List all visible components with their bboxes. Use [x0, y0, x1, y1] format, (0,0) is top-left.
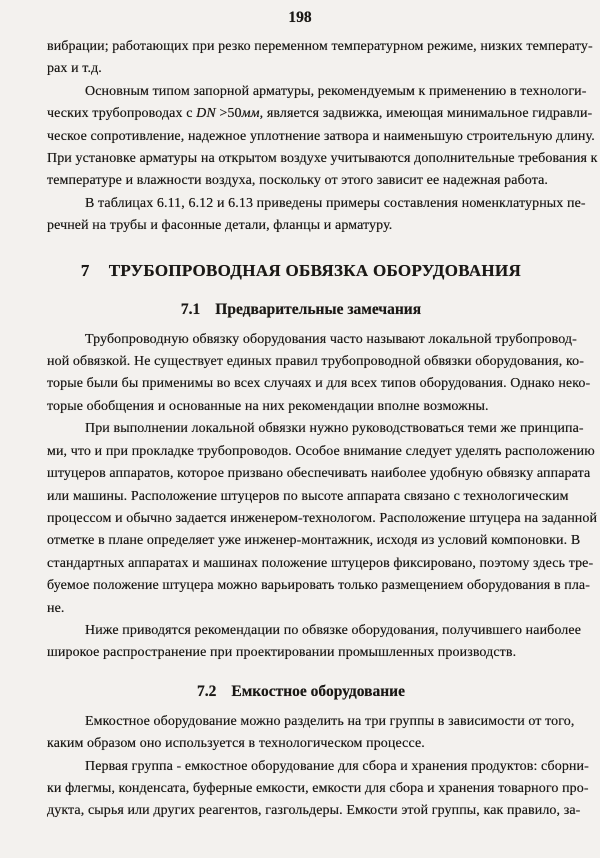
heading-title: Емкостное оборудование: [231, 683, 405, 700]
text-segment: рах и т.д.: [47, 61, 102, 76]
text-segment: ной обвязкой. Не существует единых прави…: [47, 354, 584, 369]
text-segment: вибрации; работающих при резко переменно…: [47, 39, 593, 54]
text-line: вибрации; работающих при резко переменно…: [47, 36, 555, 58]
text-segment: речней на трубы и фасонные детали, фланц…: [47, 218, 392, 233]
document-page: 198 вибрации; работающих при резко перем…: [0, 0, 600, 858]
text-line: При выполнении локальной обвязки нужно р…: [47, 418, 555, 440]
text-segment: стандартных аппаратах и машинах положени…: [47, 556, 593, 571]
text-segment: буемое положение штуцера можно варьирова…: [47, 578, 590, 593]
text-segment: торые обобщения и основанные на них реко…: [47, 399, 489, 414]
text-line: речней на трубы и фасонные детали, фланц…: [47, 215, 555, 237]
text-segment: не.: [47, 601, 65, 616]
text-segment: , является задвижка, имеющая минимальное…: [260, 106, 593, 121]
paragraph: При выполнении локальной обвязки нужно р…: [47, 418, 555, 620]
text-line: или машины. Расположение штуцеров по выс…: [47, 486, 555, 508]
italic-text-segment: DN: [196, 106, 216, 121]
heading-number: 7.2: [197, 683, 216, 700]
text-line: широкое распространение при проектирован…: [47, 642, 555, 664]
text-line: ки флегмы, конденсата, буферные емкости,…: [47, 778, 555, 800]
text-segment: процессом и обычно задается инженером-те…: [47, 511, 597, 526]
text-line: рах и т.д.: [47, 58, 555, 80]
paragraph: В таблицах 6.11, 6.12 и 6.13 приведены п…: [47, 193, 555, 238]
text-segment: штуцеров аппаратов, которое призвано обе…: [47, 466, 590, 481]
content-area: вибрации; работающих при резко переменно…: [47, 36, 555, 823]
text-line: Первая группа - емкостное оборудование д…: [47, 756, 555, 778]
text-line: ми, что и при прокладке трубопроводов. О…: [47, 441, 555, 463]
text-line: штуцеров аппаратов, которое призвано обе…: [47, 463, 555, 485]
text-segment: ческое сопротивление, надежное уплотнени…: [47, 129, 595, 144]
text-line: ной обвязкой. Не существует единых прави…: [47, 351, 555, 373]
text-line: дукта, сырья или других реагентов, газго…: [47, 800, 555, 822]
text-line: ческих трубопроводах с DN >50мм, являетс…: [47, 103, 555, 125]
text-segment: широкое распространение при проектирован…: [47, 645, 516, 660]
text-line: не.: [47, 598, 555, 620]
text-line: При установке арматуры на открытом возду…: [47, 148, 555, 170]
text-segment: или машины. Расположение штуцеров по выс…: [47, 489, 569, 504]
paragraph: Емкостное оборудование можно разделить н…: [47, 711, 555, 756]
heading-title: Предварительные замечания: [215, 301, 421, 318]
text-line: торые обобщения и основанные на них реко…: [47, 396, 555, 418]
text-line: Основным типом запорной арматуры, рекоме…: [47, 81, 555, 103]
text-line: буемое положение штуцера можно варьирова…: [47, 575, 555, 597]
text-line: Трубопроводную обвязку оборудования част…: [47, 329, 555, 351]
text-line: температуре и влажности воздуха, посколь…: [47, 170, 555, 192]
section-heading: 7ТРУБОПРОВОДНАЯ ОБВЯЗКА ОБОРУДОВАНИЯ: [47, 258, 555, 283]
paragraph: Основным типом запорной арматуры, рекоме…: [47, 81, 555, 193]
text-segment: Основным типом запорной арматуры, рекоме…: [85, 84, 587, 99]
paragraph: вибрации; работающих при резко переменно…: [47, 36, 555, 81]
text-segment: каким образом оно используется в техноло…: [47, 736, 425, 751]
text-line: Емкостное оборудование можно разделить н…: [47, 711, 555, 733]
heading-title: ТРУБОПРОВОДНАЯ ОБВЯЗКА ОБОРУДОВАНИЯ: [109, 261, 521, 280]
text-line: каким образом оно используется в техноло…: [47, 733, 555, 755]
text-segment: отметке в плане определяет уже инженер-м…: [47, 533, 580, 548]
text-segment: При установке арматуры на открытом возду…: [47, 151, 598, 166]
text-segment: Первая группа - емкостное оборудование д…: [85, 759, 589, 774]
text-segment: Емкостное оборудование можно разделить н…: [85, 714, 574, 729]
subsection-heading: 7.2Емкостное оборудование: [47, 679, 555, 704]
heading-number: 7.1: [181, 301, 200, 318]
heading-number: 7: [81, 261, 90, 280]
text-line: торые были бы применимы во всех случаях …: [47, 373, 555, 395]
paragraph: Трубопроводную обвязку оборудования част…: [47, 329, 555, 419]
paragraph: Ниже приводятся рекомендации по обвязке …: [47, 620, 555, 665]
paragraph: Первая группа - емкостное оборудование д…: [47, 756, 555, 823]
page-number: 198: [0, 7, 600, 29]
text-segment: При выполнении локальной обвязки нужно р…: [85, 421, 584, 436]
text-segment: ми, что и при прокладке трубопроводов. О…: [47, 444, 595, 459]
text-segment: В таблицах 6.11, 6.12 и 6.13 приведены п…: [85, 196, 586, 211]
subsection-heading: 7.1Предварительные замечания: [47, 297, 555, 322]
text-line: Ниже приводятся рекомендации по обвязке …: [47, 620, 555, 642]
text-segment: дукта, сырья или других реагентов, газго…: [47, 803, 580, 818]
text-line: ческое сопротивление, надежное уплотнени…: [47, 126, 555, 148]
text-segment: торые были бы применимы во всех случаях …: [47, 376, 590, 391]
text-line: процессом и обычно задается инженером-те…: [47, 508, 555, 530]
text-segment: ки флегмы, конденсата, буферные емкости,…: [47, 781, 589, 796]
text-line: отметке в плане определяет уже инженер-м…: [47, 530, 555, 552]
text-segment: температуре и влажности воздуха, посколь…: [47, 173, 548, 188]
text-segment: Трубопроводную обвязку оборудования част…: [85, 332, 577, 347]
text-line: В таблицах 6.11, 6.12 и 6.13 приведены п…: [47, 193, 555, 215]
text-segment: ческих трубопроводах с: [47, 106, 196, 121]
text-segment: Ниже приводятся рекомендации по обвязке …: [85, 623, 581, 638]
text-segment: >50: [216, 106, 242, 121]
italic-text-segment: мм: [242, 106, 260, 121]
text-line: стандартных аппаратах и машинах положени…: [47, 553, 555, 575]
